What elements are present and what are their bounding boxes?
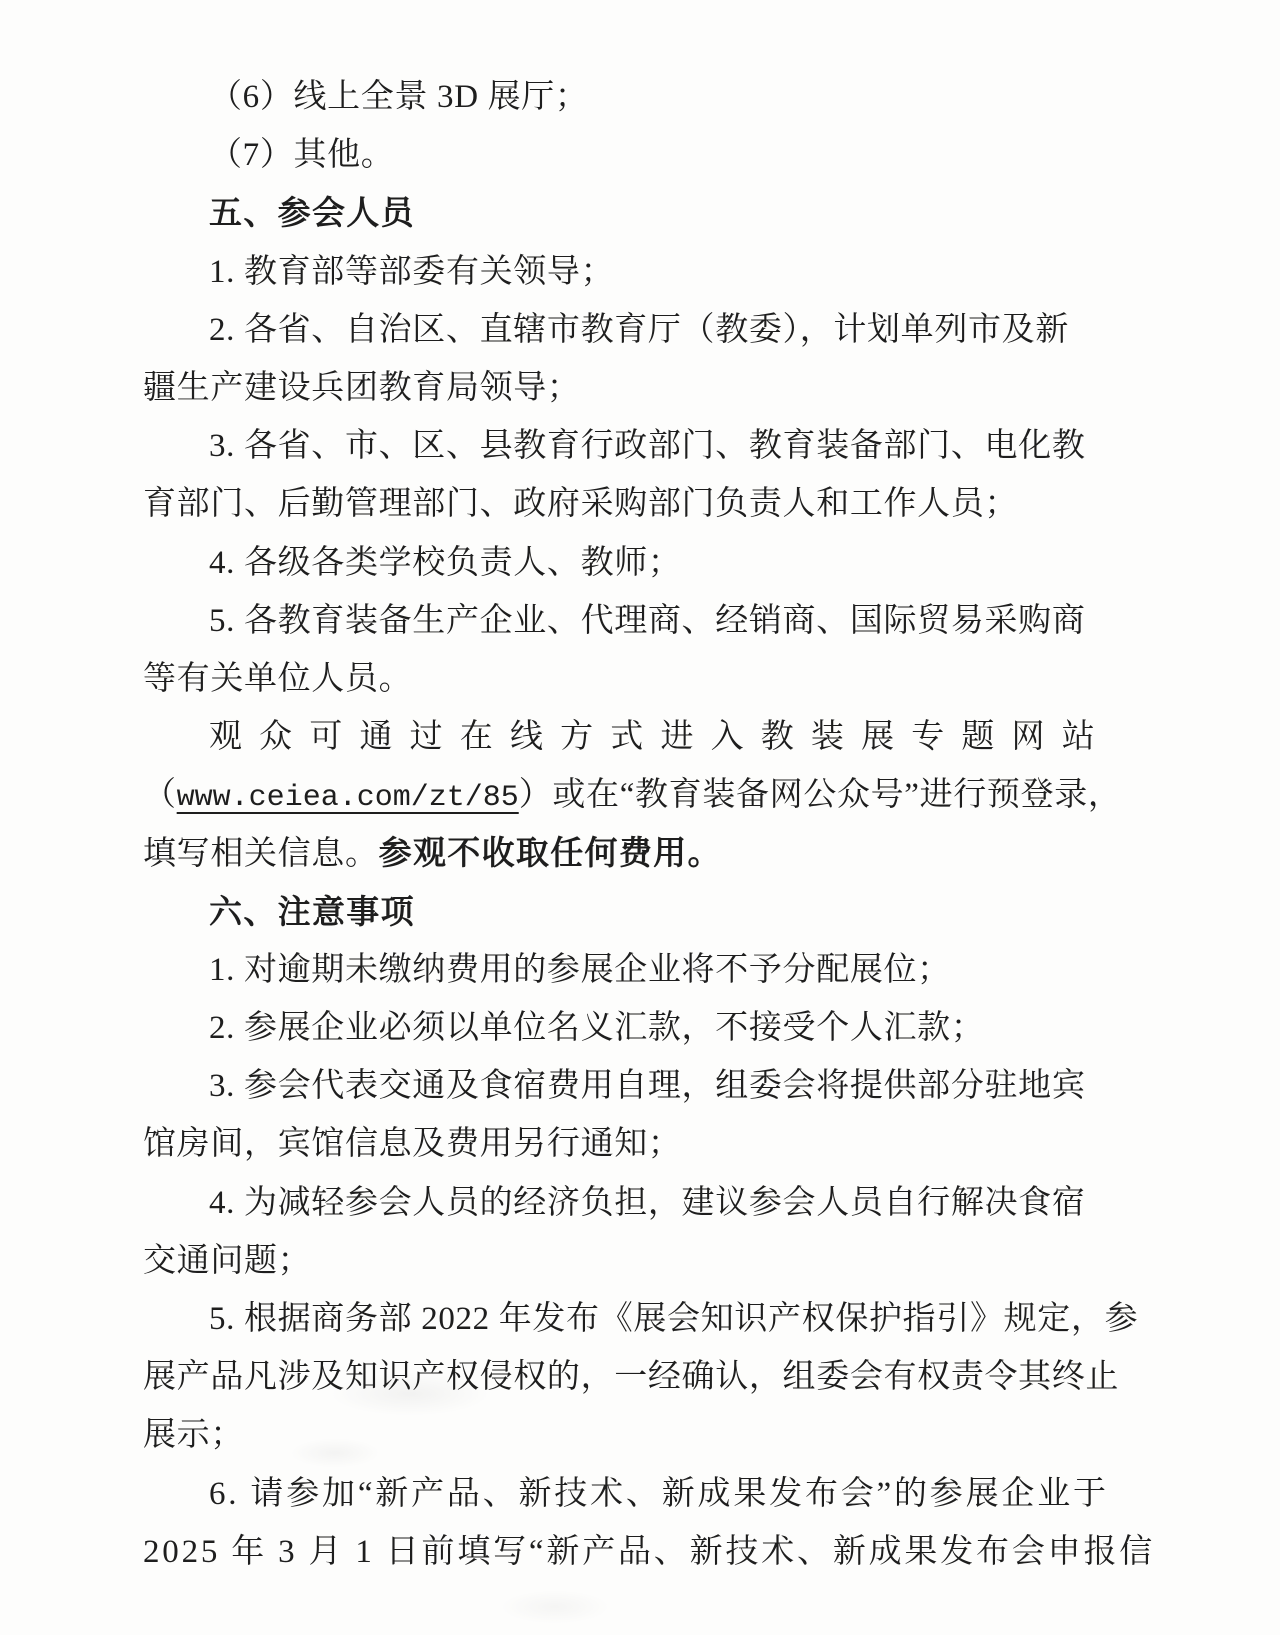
text-segment: （6）线上全景 3D 展厅； (209, 79, 589, 115)
text-segment: 六、注意事项 (209, 893, 415, 930)
text-segment: 填写相关信息。 (143, 836, 379, 872)
text-line: 等有关单位人员。 (143, 650, 1118, 708)
text-line: 交通问题； (143, 1232, 1118, 1290)
text-segment: 观众可通过在线方式进入教装展专题网站 (209, 719, 1112, 755)
text-line: （7）其他。 (143, 126, 1118, 184)
text-segment: （7）其他。 (209, 137, 394, 173)
text-line: 填写相关信息。参观不收取任何费用。 (143, 824, 1118, 882)
text-line: 3. 参会代表交通及食宿费用自理，组委会将提供部分驻地宾 (143, 1057, 1118, 1115)
text-segment: 3. 参会代表交通及食宿费用自理，组委会将提供部分驻地宾 (209, 1068, 1085, 1104)
text-line: 4. 各级各类学校负责人、教师； (143, 534, 1118, 592)
text-line: 2025 年 3 月 1 日前填写“新产品、新技术、新成果发布会申报信 (143, 1523, 1118, 1581)
text-segment: 1. 对逾期未缴纳费用的参展企业将不予分配展位； (209, 952, 951, 988)
text-line: （6）线上全景 3D 展厅； (143, 68, 1118, 126)
text-segment: 交通问题； (143, 1243, 311, 1279)
text-segment: 馆房间，宾馆信息及费用另行通知； (143, 1126, 682, 1162)
url-link[interactable]: www.ceiea.com/zt/85 (177, 781, 519, 815)
scan-smudge (500, 1590, 610, 1624)
section-heading: 六、注意事项 (143, 883, 1118, 941)
section-heading: 五、参会人员 (143, 184, 1118, 242)
text-segment: 6. 请参加“新产品、新技术、新成果发布会”的参展企业于 (209, 1476, 1109, 1512)
document-page: （6）线上全景 3D 展厅；（7）其他。五、参会人员1. 教育部等部委有关领导；… (0, 0, 1280, 1635)
text-line: 展产品凡涉及知识产权侵权的，一经确认，组委会有权责令其终止 (143, 1348, 1118, 1406)
text-segment: 1. 教育部等部委有关领导； (209, 254, 614, 290)
text-line: 5. 各教育装备生产企业、代理商、经销商、国际贸易采购商 (143, 592, 1118, 650)
text-segment: 2. 参展企业必须以单位名义汇款，不接受个人汇款； (209, 1010, 985, 1046)
text-line: 馆房间，宾馆信息及费用另行通知； (143, 1115, 1118, 1173)
text-line: （www.ceiea.com/zt/85）或在“教育装备网公众号”进行预登录， (143, 766, 1118, 824)
text-segment: 等有关单位人员。 (143, 661, 412, 697)
text-segment: 2025 年 3 月 1 日前填写“新产品、新技术、新成果发布会申报信 (143, 1534, 1155, 1570)
text-line: 4. 为减轻参会人员的经济负担，建议参会人员自行解决食宿 (143, 1174, 1118, 1232)
text-segment: 五、参会人员 (209, 194, 415, 231)
text-segment: 4. 各级各类学校负责人、教师； (209, 545, 682, 581)
text-segment: 疆生产建设兵团教育局领导； (143, 370, 581, 406)
text-line: 3. 各省、市、区、县教育行政部门、教育装备部门、电化教 (143, 417, 1118, 475)
text-segment: 展示； (143, 1417, 244, 1453)
text-line: 6. 请参加“新产品、新技术、新成果发布会”的参展企业于 (143, 1465, 1118, 1523)
text-line: 1. 教育部等部委有关领导； (143, 243, 1118, 301)
text-line: 1. 对逾期未缴纳费用的参展企业将不予分配展位； (143, 941, 1118, 999)
text-line: 2. 参展企业必须以单位名义汇款，不接受个人汇款； (143, 999, 1118, 1057)
text-segment: 4. 为减轻参会人员的经济负担，建议参会人员自行解决食宿 (209, 1185, 1085, 1221)
text-line: 2. 各省、自治区、直辖市教育厅（教委），计划单列市及新 (143, 301, 1118, 359)
text-line: 5. 根据商务部 2022 年发布《展会知识产权保护指引》规定，参 (143, 1290, 1118, 1348)
text-segment: ）或在“教育装备网公众号”进行预登录， (519, 777, 1122, 813)
text-segment: 5. 各教育装备生产企业、代理商、经销商、国际贸易采购商 (209, 603, 1085, 639)
text-segment: 3. 各省、市、区、县教育行政部门、教育装备部门、电化教 (209, 428, 1085, 464)
document-body: （6）线上全景 3D 展厅；（7）其他。五、参会人员1. 教育部等部委有关领导；… (143, 68, 1118, 1581)
text-segment: 2. 各省、自治区、直辖市教育厅（教委），计划单列市及新 (209, 312, 1069, 348)
text-line: 疆生产建设兵团教育局领导； (143, 359, 1118, 417)
text-segment: 展产品凡涉及知识产权侵权的，一经确认，组委会有权责令其终止 (143, 1359, 1119, 1395)
text-line: 展示； (143, 1406, 1118, 1464)
text-line: 育部门、后勤管理部门、政府采购部门负责人和工作人员； (143, 475, 1118, 533)
text-segment: （ (143, 777, 177, 813)
emphasis-text: 参观不收取任何费用。 (379, 834, 722, 871)
text-line: 观众可通过在线方式进入教装展专题网站 (143, 708, 1118, 766)
text-segment: 育部门、后勤管理部门、政府采购部门负责人和工作人员； (143, 486, 1018, 522)
text-segment: 5. 根据商务部 2022 年发布《展会知识产权保护指引》规定，参 (209, 1301, 1138, 1337)
